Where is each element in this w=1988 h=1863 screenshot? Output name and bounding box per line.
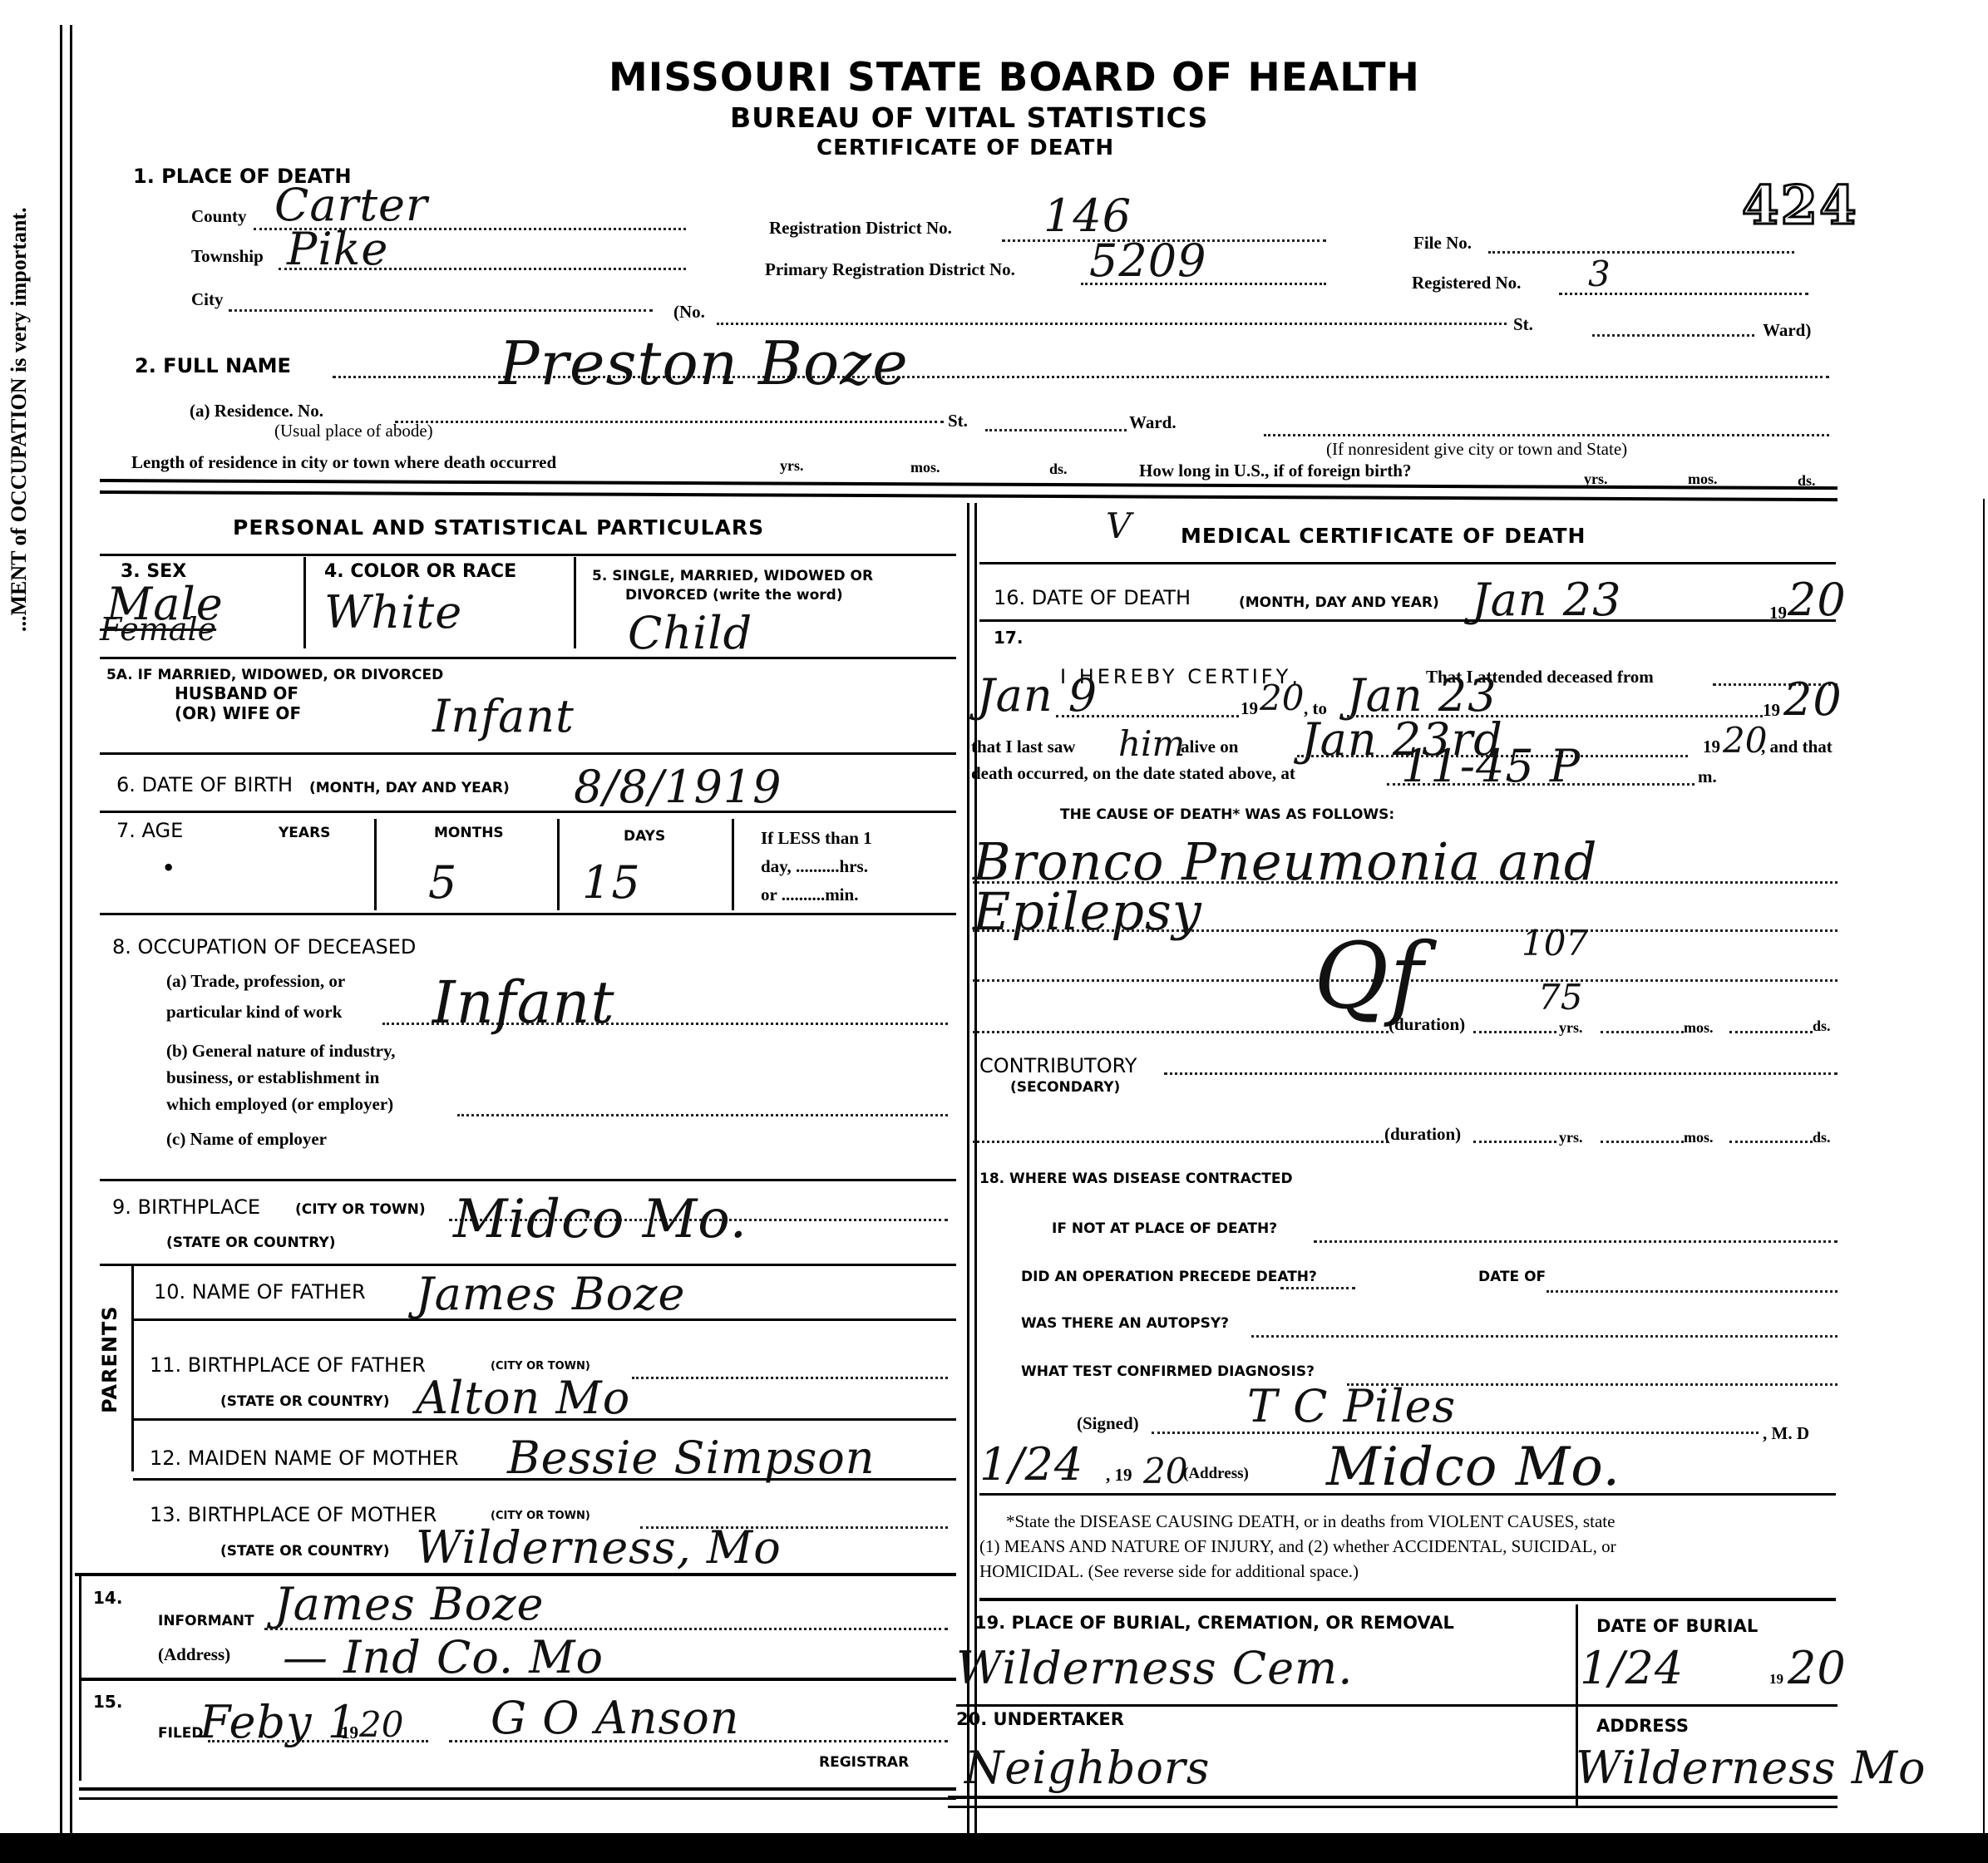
undertaker-address-label: ADDRESS [1596,1716,1689,1736]
occupation-b-line [457,1114,948,1116]
alive-year-prefix: 19 [1703,737,1720,757]
row-rule-7 [133,1318,956,1321]
dod-label: 16. DATE OF DEATH [994,586,1191,609]
attended-to-year[interactable]: 20 [1783,673,1842,726]
row-rule-8 [133,1418,956,1421]
duration-yrs-line-1 [1473,1031,1556,1033]
occupation-a-value[interactable]: Infant [432,968,615,1037]
duration-line-2 [973,1141,1389,1143]
mother-label: 12. MAIDEN NAME OF MOTHER [150,1447,459,1470]
row-rule-13 [79,1797,956,1800]
left-border-outer [60,25,62,1833]
duration-ds-1: ds. [1813,1018,1831,1035]
and-that: , and that [1761,737,1833,757]
filed-year-prefix: 19 [341,1723,358,1743]
ward-label: Ward) [1763,320,1811,341]
spouse-wife: (OR) WIFE OF [175,703,301,723]
occupation-a2: particular kind of work [166,1002,342,1023]
spouse-label: 5A. IF MARRIED, WIDOWED, OR DIVORCED [106,667,443,683]
birthplace-label: 9. BIRTHPLACE [112,1195,260,1219]
left-border-inner [70,25,72,1833]
secondary-label: (SECONDARY) [1010,1079,1120,1096]
footnote-2: (1) MEANS AND NATURE OF INJURY, and (2) … [979,1536,1616,1557]
father-bp-city: (CITY OR TOWN) [491,1360,590,1373]
age-years-value[interactable]: • [162,856,175,880]
row-rule-12 [79,1787,956,1791]
form-title: CERTIFICATE OF DEATH [816,136,1114,160]
dod-rule [979,619,1836,622]
contributory-label: CONTRIBUTORY [979,1054,1137,1077]
bottom-rule-right-2 [948,1806,1838,1808]
duration-label-2: (duration) [1384,1124,1461,1145]
dob-label: 6. DATE OF BIRTH [116,773,293,796]
no-line [717,323,1507,325]
duration-yrs-line-2 [1473,1141,1556,1143]
attended-from-year-prefix: 19 [1241,698,1258,719]
informant-address-label: (Address) [158,1644,230,1665]
residence-ward-label: Ward. [1129,412,1177,433]
date-of-line [1546,1290,1838,1293]
marital-label-2: DIVORCED (write the word) [625,587,843,604]
cause-code: 107 [1522,923,1588,964]
row-rule-1 [100,657,956,659]
length-yrs: yrs. [780,457,804,475]
city-line [229,309,653,312]
registrar-label: REGISTRAR [819,1754,909,1771]
spouse-value[interactable]: Infant [432,690,575,742]
footnote-rule [979,1598,1836,1601]
signed-rule [979,1493,1836,1496]
father-bp-value[interactable]: Alton Mo [416,1372,630,1424]
medical-title-rule [979,562,1836,564]
filed-value[interactable]: Feby 1 [200,1696,357,1748]
mother-bp-state: (STATE OR COUNTRY) [220,1543,390,1560]
age-div-2 [557,819,560,910]
residence-label: (a) Residence. No. [190,401,323,421]
sex-race-divider [303,557,306,648]
dod-value[interactable]: Jan 23 [1472,574,1622,626]
autopsy-label: WAS THERE AN AUTOPSY? [1021,1315,1229,1332]
date-of-label: DATE OF [1478,1269,1546,1285]
attended-from[interactable]: Jan 9 [977,669,1098,722]
county-label: County [191,206,247,227]
test-label: WHAT TEST CONFIRMED DIAGNOSIS? [1021,1363,1315,1380]
age-less-1: If LESS than 1 [761,828,872,849]
last-saw-who[interactable]: him [1118,723,1185,764]
residence-nonresident-line [1264,434,1829,436]
age-years-label: YEARS [279,825,330,841]
physician-address-label: (Address) [1183,1465,1249,1483]
signed-label: (Signed) [1077,1413,1139,1434]
undertaker-label: 20. UNDERTAKER [956,1709,1124,1729]
registered-no-label: Registered No. [1412,273,1521,293]
ward-line [1592,334,1754,337]
foreign-birth-label: How long in U.S., if of foreign birth? [1139,461,1411,481]
cause-code-2: 75 [1538,977,1582,1018]
operation-label: DID AN OPERATION PRECEDE DEATH? [1021,1269,1317,1285]
township-label: Township [191,246,264,267]
primary-district-label: Primary Registration District No. [765,259,1015,280]
filed-num: 15. [93,1692,122,1712]
burial-year-prefix: 19 [1769,1671,1783,1688]
length-residence-label: Length of residence in city or town wher… [131,452,556,473]
last-saw-label: that I last saw [971,737,1075,757]
death-time[interactable]: 11-45 P [1401,740,1581,792]
parents-divider [131,1264,134,1471]
undertaker-value[interactable]: Neighbors [964,1742,1210,1794]
duration-mos-line-1 [1601,1031,1684,1033]
age-div-3 [732,819,734,910]
residence-st-label: St. [948,411,968,431]
undertaker-address-value[interactable]: Wilderness Mo [1576,1742,1926,1794]
row-rule-3 [100,811,956,813]
mother-bp-value[interactable]: Wilderness, Mo [416,1521,782,1574]
signed-value[interactable]: T C Piles [1247,1380,1456,1432]
occupation-label: 8. OCCUPATION OF DECEASED [112,935,416,959]
burial-date-value[interactable]: 1/24 [1580,1642,1684,1694]
township-value[interactable]: Pike [287,223,388,275]
dod-sub: (MONTH, DAY AND YEAR) [1239,594,1439,611]
length-ds: ds. [1049,461,1068,478]
marital-label: 5. SINGLE, MARRIED, WIDOWED OR [592,568,873,584]
informant-left-border [79,1573,81,1781]
filed-label: FILED [158,1725,204,1742]
row-rule-10 [75,1573,956,1576]
scan-bottom-edge [0,1833,1988,1863]
row-rule-11 [79,1678,956,1681]
race-marital-divider [574,557,576,648]
cause-annotation: Qf [1314,923,1424,1029]
birthplace-state: (STATE OR COUNTRY) [166,1235,336,1251]
spouse-husband: HUSBAND OF [175,683,298,703]
age-div-1 [374,819,377,910]
age-less-2: day, ..........hrs. [761,856,868,877]
duration-label-1: (duration) [1389,1014,1465,1035]
attended-to-year-prefix: 19 [1763,700,1780,721]
footnote-3: HOMICIDAL. (See reverse side for additio… [979,1561,1359,1582]
age-less-3: or ..........min. [761,885,858,905]
age-days-value[interactable]: 15 [582,856,641,909]
if-not-label: IF NOT AT PLACE OF DEATH? [1052,1220,1277,1237]
file-no-line [1488,251,1794,254]
st-label: St. [1513,314,1533,335]
contributory-line [1164,1072,1838,1075]
dob-value[interactable]: 8/8/1919 [574,761,782,813]
father-value[interactable]: James Boze [416,1268,685,1320]
burial-value[interactable]: Wilderness Cem. [956,1642,1353,1694]
parents-label: PARENTS [98,1305,121,1413]
duration-ds-2: ds. [1813,1129,1831,1146]
column-divider [967,503,969,1833]
bottom-rule-right [948,1796,1838,1799]
where-contracted-label: 18. WHERE WAS DISEASE CONTRACTED [979,1171,1293,1187]
informant-address-value[interactable]: — Ind Co. Mo [283,1631,604,1683]
form-header-title: MISSOURI STATE BOARD OF HEALTH [609,55,1420,101]
birthplace-value[interactable]: Midco Mo. [453,1189,747,1250]
age-months-label: MONTHS [434,825,504,841]
physician-address-value[interactable]: Midco Mo. [1326,1437,1620,1498]
primary-district-value[interactable]: 5209 [1089,234,1206,287]
race-label: 4. COLOR OR RACE [324,561,516,582]
burial-rule [956,1704,1838,1707]
medical-section-title: MEDICAL CERTIFICATE OF DEATH [1181,524,1586,548]
burial-label: 19. PLACE OF BURIAL, CREMATION, OR REMOV… [974,1613,1454,1633]
birthplace-city: (CITY OR TOWN) [295,1201,426,1218]
burial-year[interactable]: 20 [1788,1642,1847,1694]
divider-top-2 [100,490,1838,501]
duration-yrs-1: yrs. [1559,1019,1583,1037]
row-rule-4 [100,913,956,915]
signed-date[interactable]: 1/24 [979,1438,1083,1491]
age-days-label: DAYS [624,828,665,845]
occupation-c: (c) Name of employer [166,1129,327,1150]
autopsy-line [1251,1335,1838,1338]
duration-line-1 [973,1031,1389,1033]
row-rule-6 [100,1264,956,1266]
age-label: 7. AGE [116,819,183,842]
mother-bp-city: (CITY OR TOWN) [491,1510,590,1522]
no-label: (No. [673,302,705,323]
attended-from-year[interactable]: 20 [1260,678,1304,718]
registrar-value[interactable]: G O Anson [491,1692,740,1744]
attended-from-line [1056,715,1239,717]
signed-year[interactable]: 20 [1143,1451,1187,1491]
filed-year[interactable]: 20 [359,1704,403,1745]
medical-section-mark: V [1106,505,1131,546]
informant-value[interactable]: James Boze [274,1578,544,1630]
father-bp-label: 11. BIRTHPLACE OF FATHER [150,1353,426,1377]
side-note: ...MENT of OCCUPATION is very important. [7,207,32,632]
duration-ds-line-1 [1729,1031,1813,1033]
occupation-b2: business, or establishment in [166,1067,379,1088]
father-label: 10. NAME OF FATHER [154,1280,366,1304]
personal-title-rule [100,554,956,556]
mother-value[interactable]: Bessie Simpson [507,1432,876,1484]
death-occurred-label: death occurred, on the date stated above… [971,763,1295,784]
occupation-b3: which employed (or employer) [166,1094,393,1115]
duration-mos-2: mos. [1684,1129,1714,1146]
m-label: m. [1698,766,1717,787]
occupation-a1: (a) Trade, profession, or [166,971,345,992]
length-mos: mos. [910,459,940,476]
residence-sub-label: (Usual place of abode) [274,421,433,441]
right-border [1983,499,1985,1833]
row-rule-9 [133,1478,956,1481]
age-months-value[interactable]: 5 [428,856,457,909]
md-label: , M. D [1763,1423,1809,1444]
signed-year-prefix: , 19 [1106,1465,1132,1486]
form-header-subtitle: BUREAU OF VITAL STATISTICS [730,101,1208,134]
duration-mos-line-2 [1601,1141,1684,1143]
personal-section-title: PERSONAL AND STATISTICAL PARTICULARS [233,515,764,540]
cause-line-2[interactable]: Epilepsy [973,881,1202,942]
row-rule-5 [100,1179,956,1181]
burial-date-label: DATE OF BURIAL [1596,1616,1758,1636]
duration-ds-line-2 [1729,1141,1813,1143]
residence-line [395,421,944,423]
residence-ward-line [985,429,1127,431]
race-value[interactable]: White [324,586,462,638]
registered-no-value[interactable]: 3 [1588,254,1611,294]
dod-year[interactable]: 20 [1788,574,1847,626]
alive-on-label: alive on [1181,737,1238,757]
duration-mos-1: mos. [1684,1019,1714,1037]
mother-bp-label: 13. BIRTHPLACE OF MOTHER [150,1503,437,1526]
sex-value[interactable]: Male [106,578,224,630]
full-name-label: 2. FULL NAME [135,354,291,377]
duration-yrs-2: yrs. [1559,1129,1583,1146]
if-not-line [1314,1240,1838,1243]
marital-value[interactable]: Child [628,607,752,659]
divider-top-1 [100,479,1838,490]
dob-sub: (MONTH, DAY AND YEAR) [309,780,510,796]
informant-num: 14. [93,1588,122,1608]
father-bp-line [632,1377,948,1379]
nonresident-note: (If nonresident give city or town and St… [1326,439,1627,460]
city-label: City [191,289,224,310]
footnote-1: *State the DISEASE CAUSING DEATH, or in … [1006,1511,1615,1532]
informant-label: INFORMANT [158,1613,254,1629]
cause-label: THE CAUSE OF DEATH* WAS AS FOLLOWS: [1060,806,1394,823]
item-17: 17. [994,628,1023,648]
father-bp-state: (STATE OR COUNTRY) [220,1393,390,1410]
row-rule-2 [100,752,956,755]
occupation-b1: (b) General nature of industry, [166,1041,396,1062]
full-name-value[interactable]: Preston Boze [499,328,909,398]
file-no-label: File No. [1413,233,1472,254]
operation-line [1280,1287,1355,1289]
registration-district-label: Registration District No. [769,218,952,239]
file-no-value[interactable]: 424 [1742,175,1858,237]
